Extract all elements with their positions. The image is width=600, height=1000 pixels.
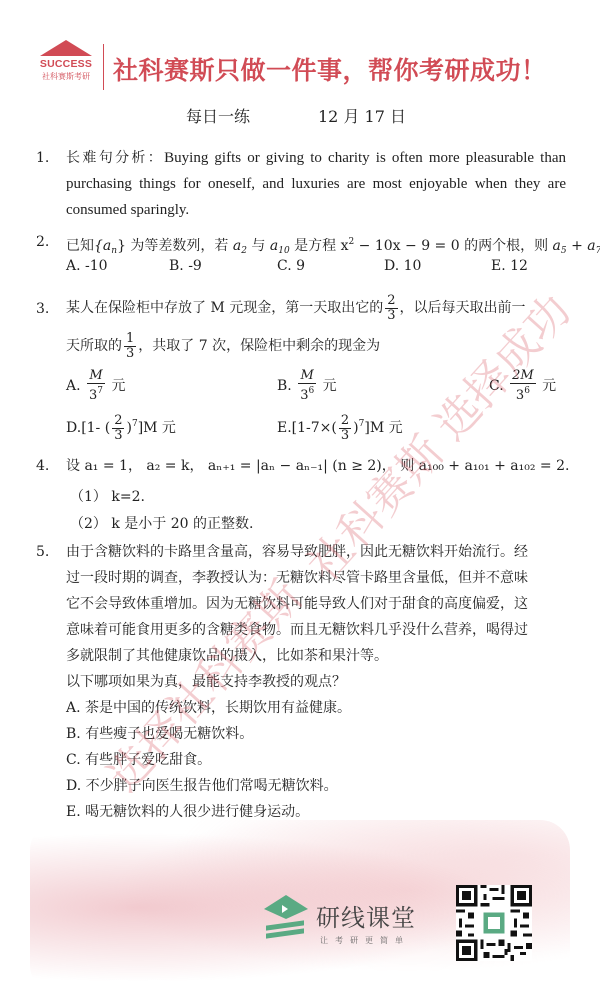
qr-code-icon	[456, 885, 532, 961]
text: − 10x − 9 = 0 的两个根，则	[354, 238, 552, 254]
question-number: 3.	[36, 296, 49, 322]
footer-brand: 研线课堂	[316, 898, 416, 933]
denominator: 37	[87, 384, 105, 403]
question-number: 4.	[36, 453, 49, 479]
exponent: 6	[524, 386, 530, 396]
numerator: 2M	[510, 369, 536, 384]
text: ]M 元	[138, 420, 176, 436]
paragraph-line: 它不会导致体重增加。因为无糖饮料可能导致人们对于甜食的高度偏爱，这	[66, 591, 586, 617]
text: +	[567, 238, 588, 254]
text: 已知	[66, 238, 94, 254]
question-prompt: 以下哪项如果为真，最能支持李教授的观点？	[66, 669, 586, 695]
question-3-options-row1: A. M37 元 B. M36 元 C. 2M36 元	[66, 368, 566, 404]
option-label: E.	[277, 420, 292, 436]
option-label: B.	[277, 378, 292, 394]
exponent: 7	[97, 386, 103, 396]
denominator: 3	[124, 347, 136, 361]
question-number: 1.	[36, 145, 49, 171]
option-b[interactable]: B. M36 元	[277, 368, 337, 404]
option-c[interactable]: C. 9	[277, 258, 305, 274]
option-e[interactable]: E.[1-7×(23)7]M 元	[277, 406, 403, 446]
option-c[interactable]: C. 2M36 元	[489, 368, 556, 404]
option-label: C.	[489, 378, 504, 394]
var: a	[587, 238, 595, 254]
sub: 7	[596, 246, 600, 256]
book-layer	[266, 928, 304, 938]
unit: 元	[542, 378, 556, 394]
text: [1-7×(	[292, 420, 337, 436]
question-2-options: A. -10 B. -9 C. 9 D. 10 E. 12	[66, 258, 566, 284]
logo-subtext: 社科赛斯考研	[36, 71, 96, 82]
question-stem: 设 a₁ = 1， a₂ = k， aₙ₊₁ = |aₙ − aₙ₋₁| (n …	[66, 453, 566, 479]
numerator: M	[87, 369, 105, 384]
text: ，以后每天取出前一	[400, 300, 526, 316]
question-3-options-row2: D.[1- (23)7]M 元 E.[1-7×(23)7]M 元	[66, 406, 566, 442]
fraction: 2M36	[510, 369, 536, 403]
option-a[interactable]: A. M37 元	[66, 368, 125, 404]
book-cap-logo-icon	[262, 893, 312, 943]
paragraph-line: 过一段时期的调查，李教授认为：无糖饮料尽管卡路里含量低，但并不意味	[66, 565, 586, 591]
sub: 10	[278, 246, 289, 256]
condition: （1） k=2.	[70, 484, 570, 510]
title-date: 12 月 17 日	[318, 104, 406, 127]
denominator: 3	[112, 429, 124, 443]
denominator: 36	[298, 384, 316, 403]
fraction: M36	[298, 369, 316, 403]
option-d[interactable]: D. 10	[384, 258, 421, 274]
question-number: 5.	[36, 539, 49, 565]
option-label: A.	[66, 378, 81, 394]
exponent: 6	[308, 386, 314, 396]
option-d[interactable]: D. 不少胖子向医生报告他们常喝无糖饮料。	[66, 773, 586, 799]
text: 天所取的	[66, 338, 122, 354]
fraction: M37	[87, 369, 105, 403]
logo-text: SUCCESS	[36, 58, 96, 70]
paragraph-line: 由于含糖饮料的卡路里含量高，容易导致肥胖，因此无糖饮料开始流行。经	[66, 539, 586, 565]
denominator: 36	[510, 384, 536, 403]
text: 某人在保险柜中存放了 M 元现金，第一天取出它的	[66, 300, 383, 316]
var: a	[270, 238, 278, 254]
var: a	[233, 238, 241, 254]
option-d[interactable]: D.[1- (23)7]M 元	[66, 406, 176, 446]
numerator: 1	[124, 332, 136, 347]
question-paragraph: 由于含糖饮料的卡路里含量高，容易导致肥胖，因此无糖饮料开始流行。经 过一段时期的…	[66, 539, 586, 825]
question-line-2: 天所取的13，共取了 7 次，保险柜中剩余的现金为	[66, 328, 566, 364]
option-e[interactable]: E. 12	[491, 258, 528, 274]
question-text: 长难句分析：Buying gifts or giving to charity …	[66, 145, 566, 223]
option-a[interactable]: A. -10	[66, 258, 108, 274]
title-label: 每日一练	[186, 104, 250, 127]
numerator: 2	[339, 414, 351, 429]
question-line-1: 某人在保险柜中存放了 M 元现金，第一天取出它的23，以后每天取出前一	[66, 290, 566, 326]
paragraph-line: 意味着可能食用更多的含糖类食物。而且无糖饮料几乎没什么营养，喝得过	[66, 617, 586, 643]
text: ，共取了 7 次，保险柜中剩余的现金为	[138, 338, 380, 354]
denominator: 3	[385, 309, 397, 323]
numerator: M	[298, 369, 316, 384]
option-b[interactable]: B. -9	[169, 258, 202, 274]
fraction: 13	[124, 332, 136, 361]
unit: 元	[111, 378, 125, 394]
option-label: D.	[66, 420, 81, 436]
var: a	[553, 238, 561, 254]
option-b[interactable]: B. 有些瘦子也爱喝无糖饮料。	[66, 721, 586, 747]
text: 是方程 x	[290, 238, 349, 254]
seq: {a	[94, 238, 111, 254]
page-title: 每日一练 12 月 17 日	[0, 104, 600, 130]
base: 3	[516, 388, 524, 403]
numerator: 2	[112, 414, 124, 429]
text: ]M 元	[364, 420, 402, 436]
question-number: 2.	[36, 229, 49, 255]
condition: （2） k 是小于 20 的正整数.	[70, 511, 570, 537]
play-icon	[282, 905, 288, 913]
numerator: 2	[385, 294, 397, 309]
header: SUCCESS 社科赛斯考研 社科赛斯只做一件事，帮你考研成功！	[0, 0, 600, 100]
text: [1- (	[81, 420, 110, 436]
fraction: 23	[112, 414, 124, 443]
text: } 为等差数列，若	[117, 238, 233, 254]
question-prefix: 长难句分析：	[66, 150, 164, 166]
divider	[103, 44, 104, 90]
footer-tagline: 让考研更简单	[320, 935, 410, 946]
paragraph-line: 多就限制了其他健康饮品的摄入，比如茶和果汁等。	[66, 643, 586, 669]
slogan: 社科赛斯只做一件事，帮你考研成功！	[113, 51, 547, 87]
roof-icon	[40, 40, 92, 56]
option-c[interactable]: C. 有些胖子爱吃甜食。	[66, 747, 586, 773]
text: 与	[247, 238, 270, 254]
option-a[interactable]: A. 茶是中国的传统饮料，长期饮用有益健康。	[66, 695, 586, 721]
success-logo: SUCCESS 社科赛斯考研	[36, 40, 96, 92]
fraction: 23	[339, 414, 351, 443]
unit: 元	[323, 378, 337, 394]
denominator: 3	[339, 429, 351, 443]
fraction: 23	[385, 294, 397, 323]
